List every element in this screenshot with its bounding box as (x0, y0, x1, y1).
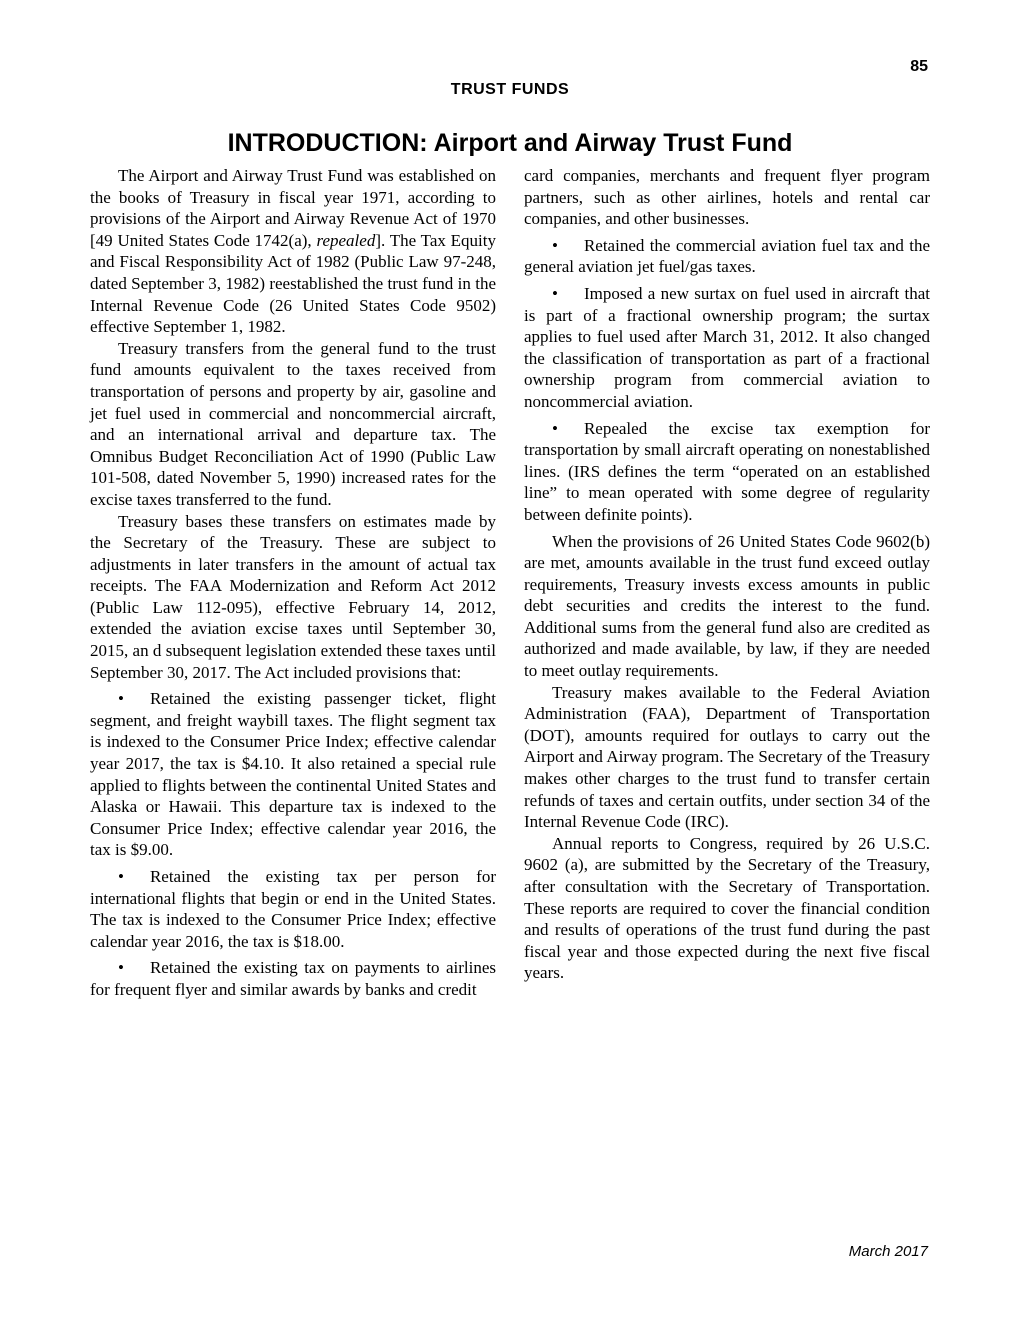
document-title: INTRODUCTION: Airport and Airway Trust F… (0, 128, 1020, 158)
paragraph: card companies, merchants and frequent f… (524, 165, 930, 230)
bullet-paragraph: Retained the existing passenger ticket, … (90, 688, 496, 861)
paragraph: The Airport and Airway Trust Fund was es… (90, 165, 496, 338)
footer-date: March 2017 (90, 1243, 928, 1261)
paragraph: Treasury transfers from the general fund… (90, 338, 496, 511)
bullet-paragraph: Retained the existing tax per person for… (90, 866, 496, 952)
left-column: The Airport and Airway Trust Fund was es… (90, 165, 496, 1006)
right-column: card companies, merchants and frequent f… (524, 165, 930, 1006)
paragraph: Treasury makes available to the Federal … (524, 682, 930, 833)
bullet-paragraph: Imposed a new surtax on fuel used in air… (524, 283, 930, 413)
section-header: TRUST FUNDS (0, 80, 1020, 99)
document-page: 85 TRUST FUNDS INTRODUCTION: Airport and… (0, 0, 1020, 1320)
bullet-paragraph: Retained the existing tax on payments to… (90, 957, 496, 1000)
body-columns: The Airport and Airway Trust Fund was es… (90, 165, 930, 1006)
page-number: 85 (90, 57, 928, 76)
paragraph: When the provisions of 26 United States … (524, 531, 930, 682)
paragraph: Annual reports to Congress, required by … (524, 833, 930, 984)
paragraph: Treasury bases these transfers on estima… (90, 511, 496, 684)
bullet-paragraph: Repealed the excise tax exemption for tr… (524, 418, 930, 526)
bullet-paragraph: Retained the commercial aviation fuel ta… (524, 235, 930, 278)
